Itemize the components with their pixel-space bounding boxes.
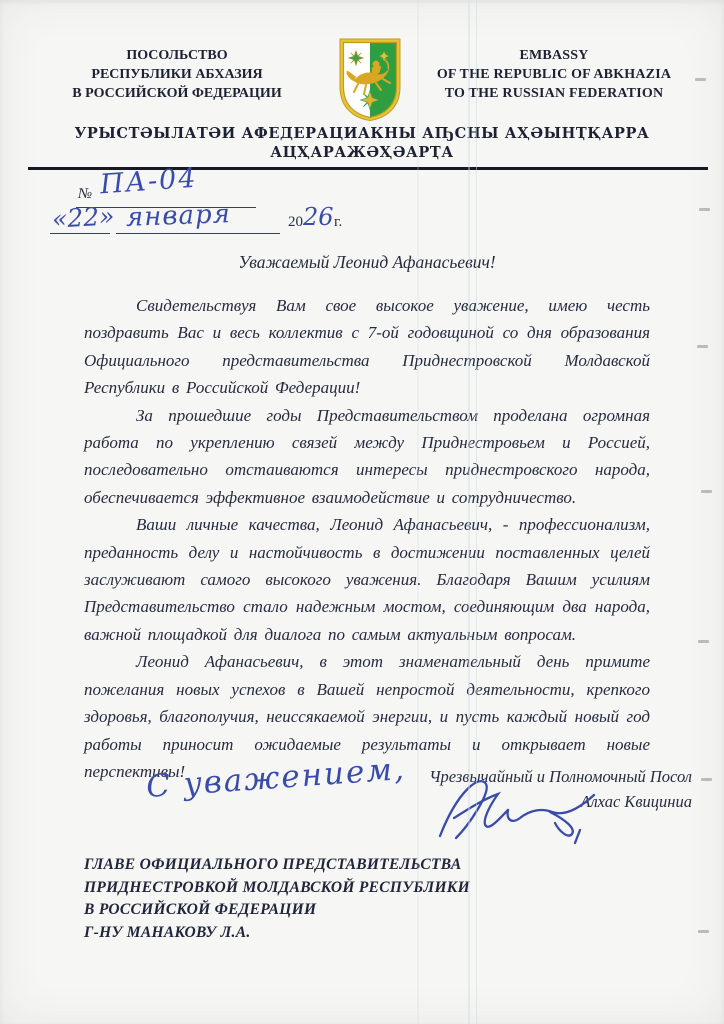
ref-number-handwritten: ПА-04	[99, 163, 198, 201]
date-month-underline	[116, 233, 280, 234]
letter-body: Уважаемый Леонид Афанасьевич! Свидетельс…	[84, 252, 650, 785]
recipient-line4: Г-НУ МАНАКОВУ Л.А.	[84, 922, 470, 945]
scan-streak	[468, 0, 470, 1024]
embassy-name-english: EMBASSY OF THE REPUBLIC OF ABKHAZIA TO T…	[416, 46, 692, 103]
date-month-handwritten: января	[126, 199, 232, 233]
recipient-line3: В РОССИЙСКОЙ ФЕДЕРАЦИИ	[84, 899, 470, 922]
embassy-name-abkhazian: УРЫСТӘЫЛАТӘИ АФЕДЕРАЦИАКНЫ АҦСНЫ АҲӘЫНҬҚ…	[0, 124, 724, 162]
date-year-suffix: г.	[334, 214, 342, 231]
scan-mark	[695, 78, 706, 81]
salutation: Уважаемый Леонид Афанасьевич!	[84, 252, 650, 273]
date-day-handwritten: «22»	[51, 201, 115, 233]
embassy-name-russian: ПОСОЛЬСТВО РЕСПУБЛИКИ АБХАЗИЯ В РОССИЙСК…	[50, 46, 304, 103]
date-close-quote: »	[98, 201, 115, 231]
date-day-underline	[50, 233, 110, 234]
ref-number-label: №	[78, 186, 92, 203]
scan-mark	[698, 930, 709, 933]
header-right-line2: OF THE REPUBLIC OF ABKHAZIA	[416, 65, 692, 84]
scan-mark	[698, 640, 709, 643]
abkhaz-line2: АЦҲАРАЖӘҲӘАРҬА	[0, 143, 724, 162]
scan-mark	[701, 490, 712, 493]
ambassador-signature-icon	[428, 768, 618, 851]
scan-streak	[417, 0, 419, 1024]
abkhaz-line1: УРЫСТӘЫЛАТӘИ АФЕДЕРАЦИАКНЫ АҦСНЫ АҲӘЫНҬҚ…	[0, 124, 724, 143]
header-right-line1: EMBASSY	[416, 46, 692, 65]
scan-mark	[701, 778, 712, 781]
paragraph-3: Ваши личные качества, Леонид Афанасьевич…	[84, 511, 650, 648]
recipient-line1: ГЛАВЕ ОФИЦИАЛЬНОГО ПРЕДСТАВИТЕЛЬСТВА	[84, 854, 470, 877]
recipient-line2: ПРИДНЕСТРОВКОЙ МОЛДАВСКОЙ РЕСПУБЛИКИ	[84, 877, 470, 900]
recipient-block: ГЛАВЕ ОФИЦИАЛЬНОГО ПРЕДСТАВИТЕЛЬСТВА ПРИ…	[84, 854, 470, 944]
abkhazia-coat-of-arms-icon	[336, 37, 404, 128]
date-day: 22	[67, 202, 100, 233]
date-year-printed: 20	[288, 214, 303, 231]
scan-mark	[699, 208, 710, 211]
scanned-letter-page: ПОСОЛЬСТВО РЕСПУБЛИКИ АБХАЗИЯ В РОССИЙСК…	[0, 0, 724, 1024]
header-left-line1: ПОСОЛЬСТВО	[50, 46, 304, 65]
paragraph-2: За прошедшие годы Представительством про…	[84, 402, 650, 512]
date-year-handwritten: 26	[303, 203, 334, 231]
paragraph-1: Свидетельствуя Вам свое высокое уважение…	[84, 292, 650, 402]
header-left-line2: РЕСПУБЛИКИ АБХАЗИЯ	[50, 65, 304, 84]
scan-mark	[697, 345, 708, 348]
header-right-line3: TO THE RUSSIAN FEDERATION	[416, 84, 692, 103]
scan-streak	[476, 0, 477, 1024]
header-left-line3: В РОССИЙСКОЙ ФЕДЕРАЦИИ	[50, 84, 304, 103]
